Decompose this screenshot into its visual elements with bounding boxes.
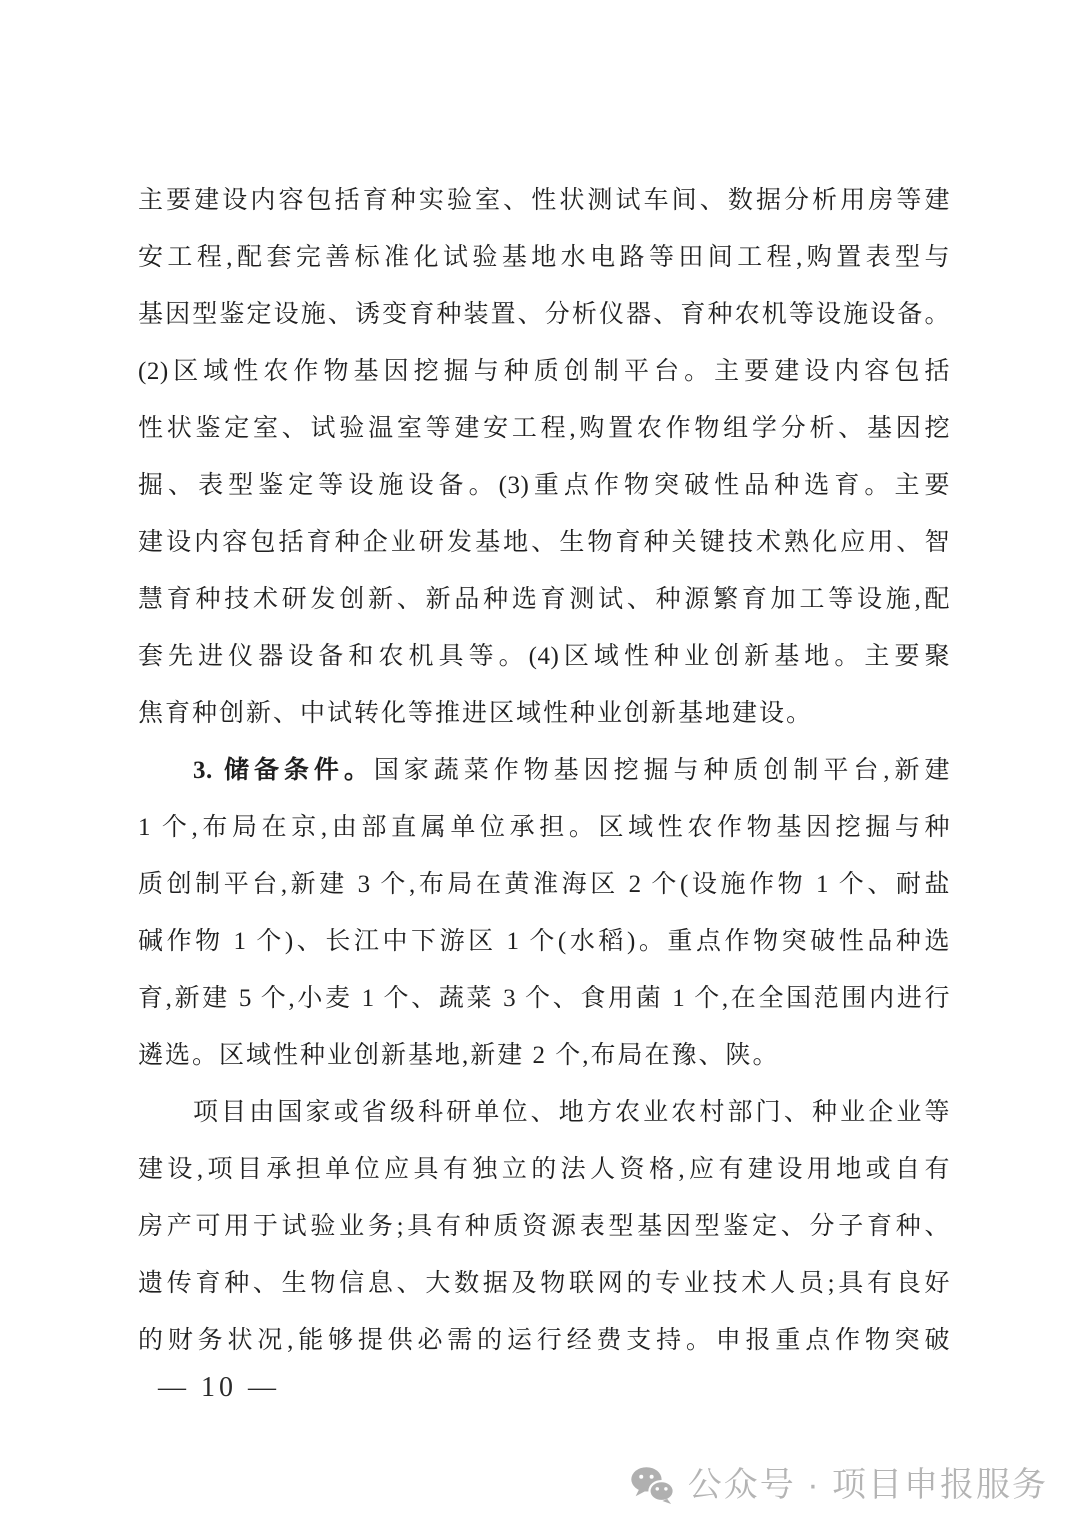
bold-lead: 3. 储备条件。 <box>193 757 374 784</box>
text-line: 套先进仪器设备和农机具等。(4)区域性种业创新基地。主要聚 <box>138 628 950 685</box>
text-line: 基因型鉴定设施、诱变育种装置、分析仪器、育种农机等设施设备。 <box>138 286 950 343</box>
text-line: 项目由国家或省级科研单位、地方农业农村部门、种业企业等 <box>138 1084 950 1141</box>
text-line: 慧育种技术研发创新、新品种选育测试、种源繁育加工等设施,配 <box>138 571 950 628</box>
watermark: 公众号 · 项目申报服务 <box>630 1465 1048 1505</box>
text-line: 安工程,配套完善标准化试验基地水电路等田间工程,购置表型与 <box>138 229 950 286</box>
text-line: 遗传育种、生物信息、大数据及物联网的专业技术人员;具有良好 <box>138 1255 950 1312</box>
text-line: 遴选。区域性种业创新基地,新建 2 个,布局在豫、陕。 <box>138 1027 950 1084</box>
text-line: 焦育种创新、中试转化等推进区域性种业创新基地建设。 <box>138 685 950 742</box>
text-line: 主要建设内容包括育种实验室、性状测试车间、数据分析用房等建 <box>138 172 950 229</box>
text-line: 碱作物 1 个)、长江中下游区 1 个(水稻)。重点作物突破性品种选 <box>138 913 950 970</box>
document-body: 主要建设内容包括育种实验室、性状测试车间、数据分析用房等建安工程,配套完善标准化… <box>138 172 950 1369</box>
document-page: 主要建设内容包括育种实验室、性状测试车间、数据分析用房等建安工程,配套完善标准化… <box>0 0 1080 1527</box>
text-line: 1 个,布局在京,由部直属单位承担。区域性农作物基因挖掘与种 <box>138 799 950 856</box>
text-line: 的财务状况,能够提供必需的运行经费支持。申报重点作物突破 <box>138 1312 950 1369</box>
text-line: 性状鉴定室、试验温室等建安工程,购置农作物组学分析、基因挖 <box>138 400 950 457</box>
text-line: 建设内容包括育种企业研发基地、生物育种关键技术熟化应用、智 <box>138 514 950 571</box>
text-line: 3. 储备条件。国家蔬菜作物基因挖掘与种质创制平台,新建 <box>138 742 950 799</box>
text-line: (2)区域性农作物基因挖掘与种质创制平台。主要建设内容包括 <box>138 343 950 400</box>
text-line: 房产可用于试验业务;具有种质资源表型基因型鉴定、分子育种、 <box>138 1198 950 1255</box>
text-line: 质创制平台,新建 3 个,布局在黄淮海区 2 个(设施作物 1 个、耐盐 <box>138 856 950 913</box>
watermark-label: 公众号 · 项目申报服务 <box>688 1465 1048 1505</box>
wechat-icon <box>630 1465 675 1505</box>
text-line: 建设,项目承担单位应具有独立的法人资格,应有建设用地或自有 <box>138 1141 950 1198</box>
page-number: — 10 — <box>158 1368 280 1408</box>
text-line: 掘、表型鉴定等设施设备。(3)重点作物突破性品种选育。主要 <box>138 457 950 514</box>
text-line: 育,新建 5 个,小麦 1 个、蔬菜 3 个、食用菌 1 个,在全国范围内进行 <box>138 970 950 1027</box>
